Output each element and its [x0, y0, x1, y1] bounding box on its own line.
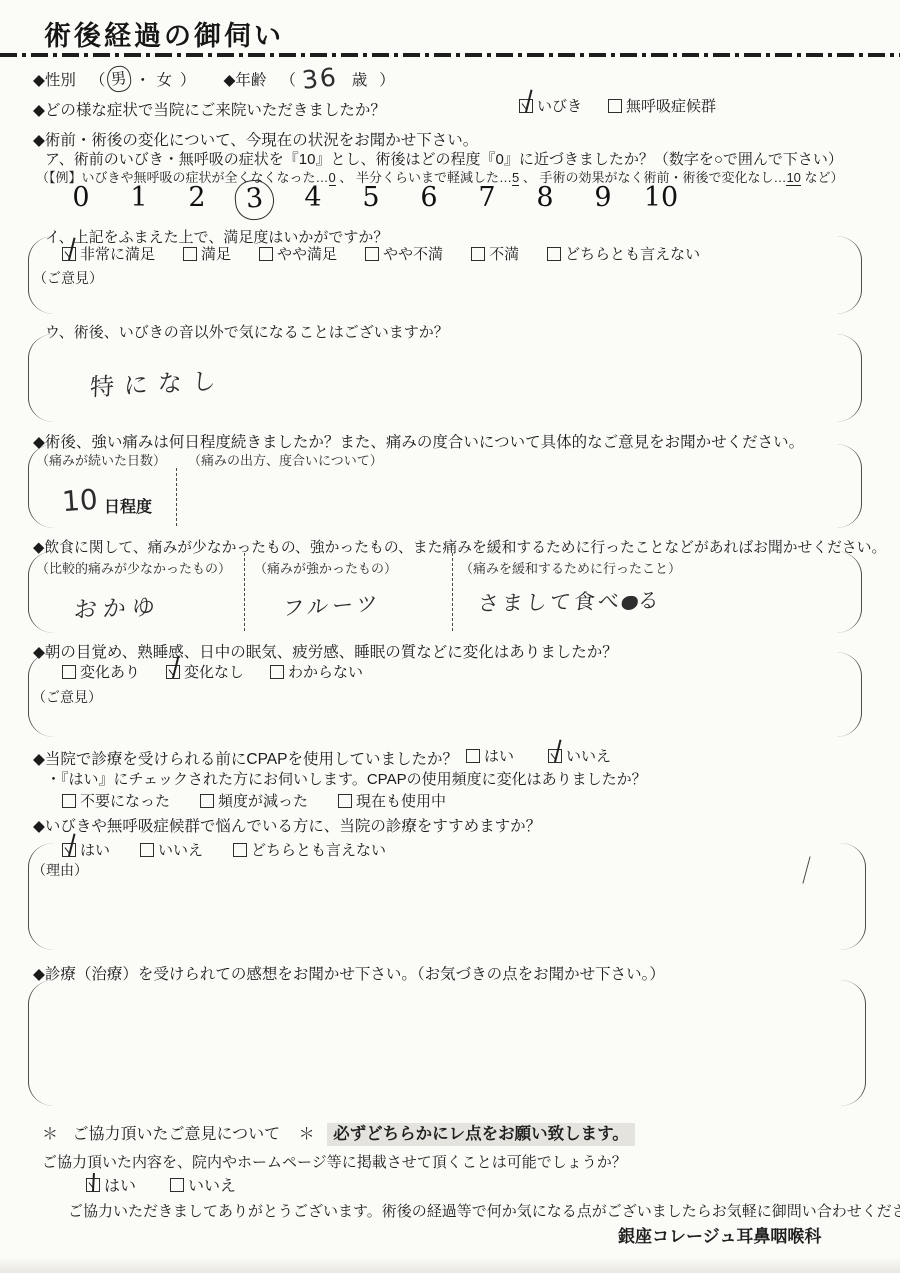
- sex-male-label: 男: [111, 70, 128, 89]
- checkbox-changed[interactable]: [62, 665, 76, 679]
- example-underlined-10: 10: [786, 170, 800, 186]
- dissatisfied-label: 不満: [489, 243, 519, 264]
- checkbox-unknown[interactable]: [270, 665, 284, 679]
- satisfaction-comment-label: （ご意見）: [33, 268, 103, 288]
- checkbox-very-satisfied[interactable]: [62, 247, 76, 261]
- scale-number-4[interactable]: 4: [284, 182, 342, 215]
- no-change-label: 変化なし: [184, 661, 244, 682]
- somewhat-dissatisfied-label: やや不満: [383, 243, 443, 264]
- no-longer-needed-label: 不要になった: [80, 790, 170, 811]
- very-satisfied-label: 非常に満足: [80, 243, 155, 264]
- checkbox-snoring[interactable]: [519, 99, 533, 113]
- symptom-option-snoring-label: いびき: [537, 95, 582, 116]
- sex-male-circled[interactable]: 男: [106, 64, 133, 93]
- pain-column-divider: [176, 468, 177, 526]
- eating-col1-label: （比較的痛みが少なかったもの）: [36, 558, 231, 577]
- recommend-no-label: いいえ: [158, 839, 203, 860]
- eating-col2-label: （痛みが強かったもの）: [254, 558, 397, 577]
- change-heading: ◆術前・術後の変化について、今現在の状況をお聞かせ下さい。: [33, 128, 478, 150]
- scale-number-7[interactable]: 7: [458, 182, 516, 215]
- satisfied-label: 満足: [201, 243, 231, 264]
- satisfaction-options: 非常に満足 満足 やや満足 やや不満 不満 どちらとも言えない: [62, 243, 700, 264]
- publish-yes-label: はい: [104, 1173, 136, 1196]
- checkbox-cpap-no[interactable]: [548, 749, 562, 763]
- example-part4: など）: [801, 170, 844, 185]
- pain-detail-label: （痛みの出方、度合いについて）: [188, 450, 383, 469]
- symptom-option-apnea-label: 無呼吸症候群: [626, 95, 716, 116]
- age-paren-close: ）: [379, 68, 395, 90]
- recommend-yes-label: はい: [80, 839, 110, 860]
- scale-number-0[interactable]: 0: [52, 182, 110, 215]
- symptom-question: ◆どの様な症状で当院にご来院いただきましたか？: [33, 98, 386, 120]
- scale-number-1[interactable]: 1: [110, 182, 168, 215]
- page-title: 術後経過の御伺い: [44, 14, 284, 53]
- cpap-followup: ・『はい』にチェックされた方にお伺いします。CPAPの使用頻度に変化はありました…: [46, 768, 647, 789]
- scale-number-9[interactable]: 9: [574, 182, 632, 215]
- sleep-options: 変化あり 変化なし わからない: [62, 661, 363, 682]
- recommend-options: はい いいえ どちらとも言えない: [62, 839, 386, 860]
- pain-days-unit: 日程度: [104, 494, 152, 517]
- thanks-message: ご協力いただきましてありがとうございます。術後の経過等で何か気になる点がございま…: [68, 1200, 900, 1221]
- scale-number-6[interactable]: 6: [400, 182, 458, 215]
- checkbox-somewhat-dissatisfied[interactable]: [365, 247, 379, 261]
- checkbox-somewhat-satisfied[interactable]: [259, 247, 273, 261]
- cpap-options: はい いいえ: [466, 745, 611, 766]
- checkbox-recommend-neither[interactable]: [233, 843, 247, 857]
- concerns-handwritten-answer: 特になし: [89, 360, 226, 402]
- change-question-a: ア、術前のいびき・無呼吸の症状を『10』とし、術後はどの程度『0』に近づきました…: [45, 148, 843, 169]
- pain-days-label: （痛みが続いた日数）: [36, 450, 166, 469]
- publish-question: ご協力頂いた内容を、院内やホームページ等に掲載させて頂くことは可能でしょうか？: [42, 1151, 627, 1172]
- eating-col3-handwritten: さまして食べる: [477, 584, 664, 617]
- checkbox-publish-yes[interactable]: [86, 1178, 100, 1192]
- sleep-comment-label: （ご意見）: [32, 687, 102, 707]
- asterisk-1: ＊: [42, 1126, 58, 1143]
- scan-artifact-bottom-band: [0, 1257, 900, 1273]
- checkbox-no-longer-needed[interactable]: [62, 794, 76, 808]
- checkbox-frequency-reduced[interactable]: [200, 794, 214, 808]
- scanned-questionnaire-page: 術後経過の御伺い ◆性別 （ 男 ・ 女 ） ◆年齢 （ 36 歳 ） ◆どの様…: [0, 0, 900, 1273]
- age-paren-open: （: [280, 68, 296, 90]
- cpap-yes-label: はい: [484, 745, 514, 766]
- publish-no-label: いいえ: [188, 1173, 236, 1196]
- age-unit-label: 歳: [352, 68, 368, 90]
- ink-scribble: [621, 596, 638, 610]
- checkbox-cpap-yes[interactable]: [466, 749, 480, 763]
- sex-label: ◆性別: [33, 68, 76, 90]
- eating-col3-label: （痛みを緩和するために行ったこと）: [460, 558, 681, 577]
- changed-label: 変化あり: [80, 661, 140, 682]
- eating-divider-1: [244, 553, 245, 631]
- checkbox-satisfied[interactable]: [183, 247, 197, 261]
- checkbox-still-using[interactable]: [338, 794, 352, 808]
- profile-row: ◆性別 （ 男 ・ 女 ） ◆年齢 （ 36 歳 ）: [33, 64, 395, 93]
- checkbox-publish-no[interactable]: [170, 1178, 184, 1192]
- asterisk-2: ＊: [299, 1126, 315, 1143]
- age-label: ◆年齢: [224, 68, 267, 90]
- eating-col3-part2: る: [637, 588, 663, 612]
- eating-col2-handwritten: フルーツ: [282, 587, 383, 622]
- pain-days-handwritten: 10: [61, 483, 99, 518]
- hand-circle-on-3: 3: [234, 178, 277, 221]
- sex-paren-open: （: [90, 68, 106, 90]
- checkbox-no-change[interactable]: [166, 665, 180, 679]
- scale-number-10[interactable]: 10: [632, 182, 690, 215]
- publish-options: はい いいえ: [86, 1173, 236, 1196]
- cpap-frequency-options: 不要になった 頻度が減った 現在も使用中: [62, 790, 446, 811]
- cpap-no-label: いいえ: [566, 745, 611, 766]
- eating-divider-2: [452, 553, 453, 631]
- eating-col3-part1: さまして食べ: [477, 589, 623, 616]
- sex-paren-close: ）: [180, 68, 196, 90]
- age-handwritten-value: 36: [301, 62, 340, 95]
- sex-female-label[interactable]: 女: [156, 68, 172, 90]
- footer-note-row: ＊ ご協力頂いたご意見について ＊ 必ずどちらかにレ点をお願い致します。: [42, 1120, 635, 1144]
- rating-scale: 0 1 2 3 4 5 6 7 8 9 10: [52, 182, 690, 215]
- checkbox-apnea[interactable]: [608, 99, 622, 113]
- symptom-options: いびき 無呼吸症候群: [519, 95, 716, 116]
- recommend-neither-label: どちらとも言えない: [251, 839, 386, 860]
- cpap-question: ◆当院で診療を受けられる前にCPAPを使用していましたか？: [33, 747, 458, 769]
- scale-number-5[interactable]: 5: [342, 182, 400, 215]
- frequency-reduced-label: 頻度が減った: [218, 790, 308, 811]
- recommend-question: ◆いびきや無呼吸症候群で悩んでいる方に、当院の診療をすすめますか？: [33, 814, 541, 836]
- somewhat-satisfied-label: やや満足: [277, 243, 337, 264]
- impressions-answer-box[interactable]: [28, 980, 866, 1106]
- title-divider: [0, 53, 900, 57]
- symptom-option-apnea: 無呼吸症候群: [608, 95, 716, 116]
- symptom-option-snoring: いびき: [519, 95, 582, 116]
- checkbox-recommend-yes[interactable]: [62, 843, 76, 857]
- footer-note: ご協力頂いたご意見について: [72, 1126, 280, 1143]
- scale-number-8[interactable]: 8: [516, 182, 574, 215]
- still-using-label: 現在も使用中: [356, 790, 446, 811]
- scale-number-2[interactable]: 2: [168, 182, 226, 215]
- checkbox-recommend-no[interactable]: [140, 843, 154, 857]
- recommend-reason-label: （理由）: [32, 860, 88, 880]
- sex-separator: ・: [135, 68, 151, 90]
- checkbox-neither[interactable]: [547, 247, 561, 261]
- clinic-name: 銀座コレージュ耳鼻咽喉科: [618, 1222, 821, 1247]
- unknown-label: わからない: [288, 661, 363, 682]
- checkbox-dissatisfied[interactable]: [471, 247, 485, 261]
- footer-highlight: 必ずどちらかにレ点をお願い致します。: [327, 1123, 635, 1146]
- eating-col1-handwritten: おかゆ: [73, 588, 162, 624]
- neither-label: どちらとも言えない: [565, 243, 700, 264]
- scale-number-3-circled[interactable]: 3: [226, 182, 284, 215]
